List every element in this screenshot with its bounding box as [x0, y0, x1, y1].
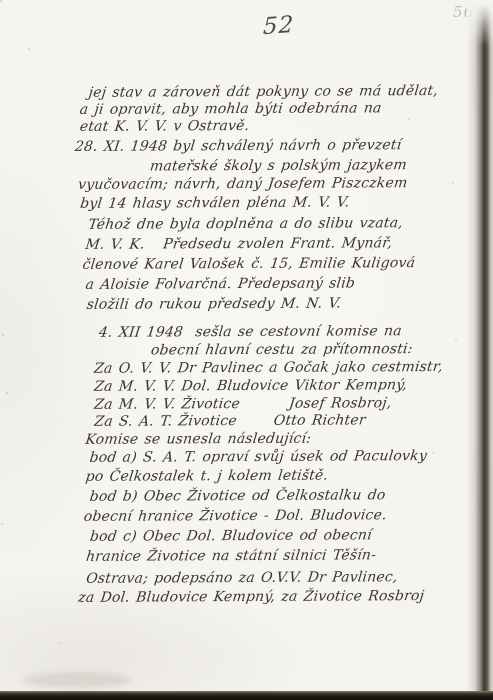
handwritten-text-block: jej stav a zároveň dát pokyny co se má u…	[0, 0, 493, 700]
handwritten-line: Ostrava; podepsáno za O.V.V. Dr Pavlinec…	[85, 569, 398, 587]
bottom-scan-edge	[0, 691, 493, 700]
handwritten-line: Za M. V. V. Dol. Bludovice Viktor Kempný…	[93, 377, 408, 395]
handwritten-line: bod a) S. A. T. opraví svůj úsek od Pacu…	[89, 448, 428, 466]
handwritten-line: byl 14 hlasy schválen pléna M. V. V.	[79, 194, 350, 211]
binding-shadow	[467, 0, 493, 700]
handwritten-line: bod b) Obec Životice od Čelkostalku do	[89, 487, 387, 505]
handwritten-line: obecní hlavní cestu za přítomnosti:	[150, 341, 414, 358]
handwritten-line: jej stav a zároveň dát pokyny co se má u…	[88, 83, 439, 101]
handwritten-line: hranice Životice na státní silnici Těšín…	[85, 547, 377, 565]
handwritten-line: po Čelkostalek t. j kolem letiště.	[85, 468, 329, 485]
handwritten-line: 4. XII 1948 sešla se cestovní komise na	[98, 323, 403, 341]
handwritten-line: mateřské školy s polským jazykem	[149, 157, 408, 174]
handwritten-line: Za S. A. T. Životice Otto Richter	[93, 412, 366, 429]
handwritten-line: a Aloisie Folvarčná. Předepsaný slib	[85, 275, 356, 292]
handwritten-line: 28. XI. 1948 byl schválený návrh o převz…	[74, 137, 402, 155]
handwritten-line: vyučovacím; návrh, daný Josefem Piszczke…	[77, 175, 408, 193]
handwritten-line: etat K. V. V. v Ostravě.	[79, 118, 250, 135]
handwritten-line: za Dol. Bludovice Kempný, za Životice Ro…	[77, 588, 425, 606]
handwritten-line: Komise se usnesla následující:	[85, 431, 313, 448]
handwritten-line: složili do rukou předsedy M. N. V.	[86, 295, 342, 312]
handwritten-line: Za O. V. V. Dr Pavlinec a Gočak jako ces…	[93, 359, 444, 377]
handwritten-line: Za M. V. V. Životice Josef Rosbroj,	[93, 395, 392, 413]
scan-speck-artifacts	[0, 0, 2, 2]
scan-smudge	[22, 672, 132, 688]
handwritten-line: M. V. K. Předsedu zvolen Frant. Mynář,	[84, 235, 393, 253]
handwritten-line: obecní hranice Životice - Dol. Bludovice…	[83, 507, 388, 525]
handwritten-line: a ji opravit, aby mohla býti odebrána na	[79, 100, 383, 118]
scanned-document-page: 52 56 jej stav a zároveň dát pokyny co s…	[0, 0, 493, 700]
handwritten-line: členové Karel Valošek č. 15, Emilie Kuli…	[82, 255, 416, 273]
handwritten-line: Téhož dne byla doplněna a do slibu vzata…	[87, 215, 403, 233]
handwritten-line: bod c) Obec Dol. Bludovice od obecní	[89, 527, 373, 544]
